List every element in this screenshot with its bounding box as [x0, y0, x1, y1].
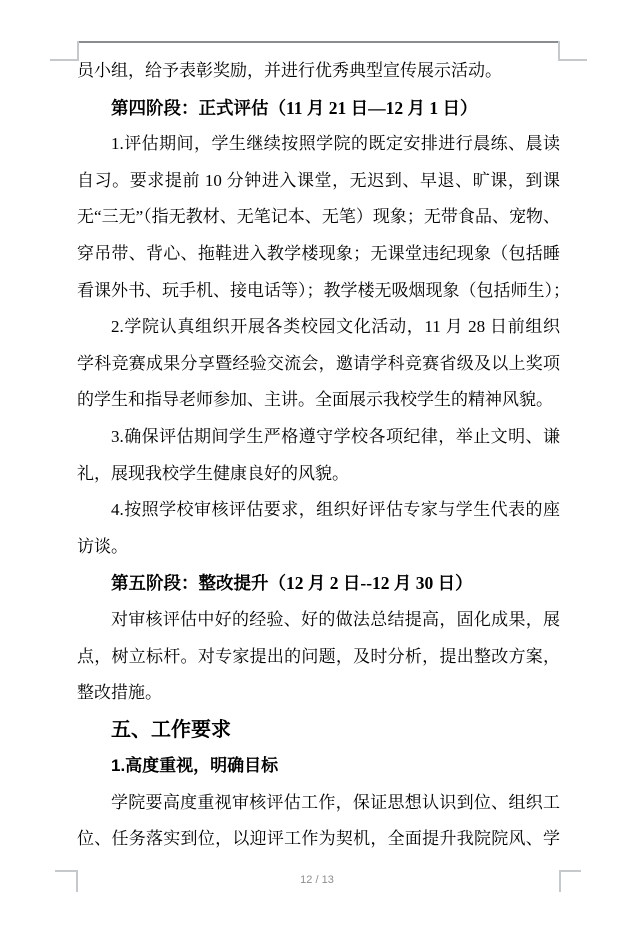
text-line: 的学生和指导老师参加、主讲。全面展示我校学生的精神风貌。 [77, 382, 560, 419]
page-number: 12 / 13 [0, 872, 634, 888]
text-line: 4.按照学校审核评估要求，组织好评估专家与学生代表的座谈、 [77, 492, 560, 529]
text-line: 点，树立标杆。对专家提出的问题，及时分析，提出整改方案，落实 [77, 639, 560, 676]
section-heading: 五、工作要求 [77, 712, 560, 749]
text-line: 穿吊带、背心、拖鞋进入教学楼现象；无课堂违纪现象（包括睡觉、 [77, 236, 560, 273]
stage-heading: 第五阶段：整改提升（12 月 2 日--12 月 30 日） [77, 565, 560, 602]
text-line: 看课外书、玩手机、接电话等）；教学楼无吸烟现象（包括师生）； [77, 273, 560, 310]
top-boundary-rule [78, 41, 559, 43]
stage-heading: 第四阶段：正式评估（11 月 21 日—12 月 1 日） [77, 90, 560, 127]
text-line: 位、任务落实到位，以迎评工作为契机，全面提升我院院风、学风和 [77, 821, 560, 858]
text-line: 对审核评估中好的经验、好的做法总结提高，固化成果，展示亮 [77, 602, 560, 639]
text-line: 礼，展现我校学生健康良好的风貌。 [77, 456, 560, 493]
text-line: 学科竞赛成果分享暨经验交流会，邀请学科竞赛省级及以上奖项获得 [77, 346, 560, 383]
text-line: 无“三无”（指无教材、无笔记本、无笔）现象；无带食品、宠物、 [77, 199, 560, 236]
text-line: 学院要高度重视审核评估工作，保证思想认识到位、组织工作到 [77, 785, 560, 822]
text-line: 1.评估期间，学生继续按照学院的既定安排进行晨练、晨读和晚 [77, 126, 560, 163]
text-line: 整改措施。 [77, 675, 560, 712]
text-line: 访谈。 [77, 529, 560, 566]
page-corner-mark-top-right-horizontal [559, 59, 587, 61]
document-lines: 员小组，给予表彰奖励，并进行优秀典型宣传展示活动。第四阶段：正式评估（11 月 … [77, 53, 560, 858]
text-line: 自习。要求提前 10 分钟进入课堂，无迟到、早退、旷课，到课率 100%； [77, 163, 560, 200]
text-line: 员小组，给予表彰奖励，并进行优秀典型宣传展示活动。 [77, 53, 560, 90]
page-corner-mark-top-left-horizontal [50, 59, 78, 61]
text-line: 3.确保评估期间学生严格遵守学校各项纪律，举止文明、谦逊有 [77, 419, 560, 456]
document-page: 员小组，给予表彰奖励，并进行优秀典型宣传展示活动。第四阶段：正式评估（11 月 … [0, 0, 634, 925]
text-line: 2.学院认真组织开展各类校园文化活动，11 月 28 日前组织一次 [77, 309, 560, 346]
sub-heading: 1.高度重视，明确目标 [77, 748, 560, 785]
